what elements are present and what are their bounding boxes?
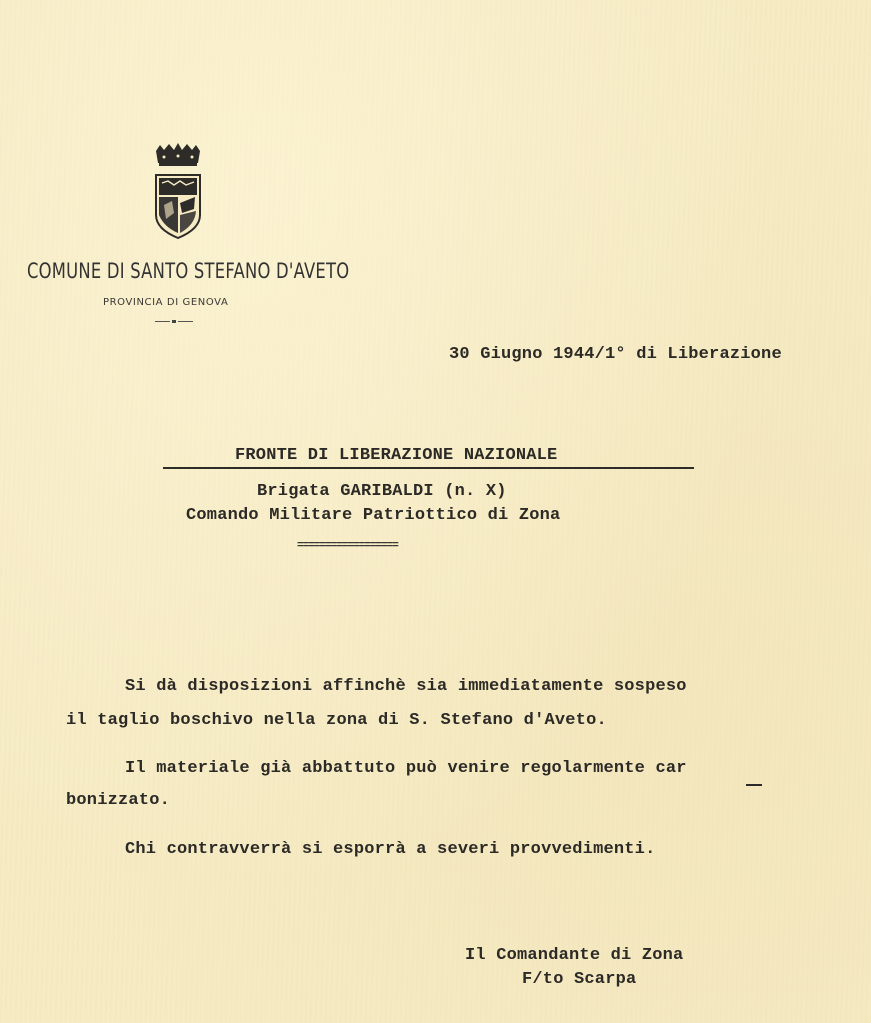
signature-name: F/to Scarpa xyxy=(522,970,636,989)
heading-rule xyxy=(163,467,694,469)
provincia-subtitle: PROVINCIA DI GENOVA xyxy=(103,297,228,308)
paragraph-2-line-1: Il materiale già abbattuto può venire re… xyxy=(125,759,687,778)
heading-comando: Comando Militare Patriottico di Zona xyxy=(186,506,560,525)
heading-brigata: Brigata GARIBALDI (n. X) xyxy=(257,482,507,501)
coat-of-arms-icon xyxy=(150,143,206,239)
hyphenation-underline xyxy=(746,784,762,786)
document-date: 30 Giugno 1944/1° di Liberazione xyxy=(449,345,782,364)
paragraph-2-line-2: bonizzato. xyxy=(66,791,170,810)
ornament-divider xyxy=(155,320,195,323)
heading-title: FRONTE DI LIBERAZIONE NAZIONALE xyxy=(235,446,557,465)
heading-separator: ================== xyxy=(297,540,398,552)
comune-title: COMUNE DI SANTO STEFANO D'AVETO xyxy=(27,259,349,283)
paragraph-1-line-1: Si dà disposizioni affinchè sia immediat… xyxy=(125,677,687,696)
signature-title: Il Comandante di Zona xyxy=(465,946,683,965)
document-page: COMUNE DI SANTO STEFANO D'AVETO PROVINCI… xyxy=(0,0,871,1023)
paragraph-3: Chi contravverrà si esporrà a severi pro… xyxy=(125,840,656,859)
paragraph-1-line-2: il taglio boschivo nella zona di S. Stef… xyxy=(66,711,607,730)
